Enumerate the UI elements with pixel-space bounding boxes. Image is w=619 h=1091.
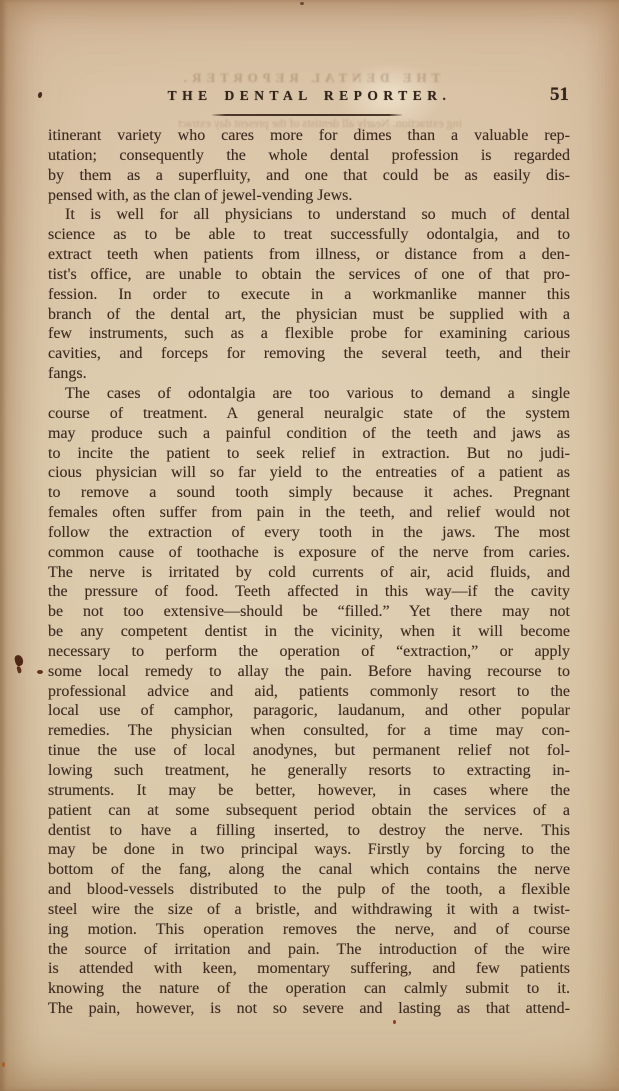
ink-blot — [300, 2, 304, 5]
text-line: steel wire the size of a bristle, and wi… — [48, 900, 570, 920]
text-line: and blood-vessels distributed to the pul… — [48, 880, 570, 900]
text-line: The pain, however, is not so severe and … — [48, 999, 570, 1019]
text-line: follow the extraction of every tooth in … — [48, 523, 570, 543]
text-line: itinerant variety who cares more for dim… — [48, 126, 570, 146]
text-line: the source of irritation and pain. The i… — [48, 940, 570, 960]
text-line: to remove a sound tooth simply because i… — [48, 483, 570, 503]
text-line: pensed with, as the clan of jewel-vendin… — [48, 186, 570, 206]
text-line: knowing the nature of the operation can … — [48, 979, 570, 999]
text-line: course of treatment. A general neuralgic… — [48, 404, 570, 424]
text-line: branch of the dental art, the physician … — [48, 305, 570, 325]
text-line: tinue the use of local anodynes, but per… — [48, 741, 570, 761]
text-line: ing motion. This operation removes the n… — [48, 920, 570, 940]
text-line: lowing such treatment, he generally reso… — [48, 761, 570, 781]
page-number: 51 — [550, 84, 569, 106]
text-line: by them as a superfluity, and one that c… — [48, 166, 570, 186]
running-head-title: THE DENTAL REPORTER. — [0, 88, 619, 104]
text-line: common cause of toothache is exposure of… — [48, 543, 570, 563]
text-line: necessary to perform the operation of “e… — [48, 642, 570, 662]
text-line: some local remedy to allay the pain. Bef… — [48, 662, 570, 682]
ink-blot — [37, 670, 43, 674]
text-line: dentist to have a filling inserted, to d… — [48, 821, 570, 841]
ink-blot — [2, 1062, 5, 1067]
text-line: may be done in two principal ways. First… — [48, 840, 570, 860]
text-line: local use of camphor, paragoric, laudanu… — [48, 701, 570, 721]
ink-blot — [393, 1020, 396, 1024]
scanned-book-page: THE DENTAL REPORTER. THE DENTAL REPORTER… — [0, 0, 619, 1091]
text-line: science as to be able to treat successfu… — [48, 225, 570, 245]
text-line: fession. In order to execute in a workma… — [48, 285, 570, 305]
text-line: professional advice and aid, patients co… — [48, 682, 570, 702]
body-text: itinerant variety who cares more for dim… — [48, 126, 570, 1019]
text-line: It is well for all physicians to underst… — [48, 205, 570, 225]
text-line: utation; consequently the whole dental p… — [48, 146, 570, 166]
text-line: the pressure of food. Teeth affected in … — [48, 582, 570, 602]
text-line: remedies. The physician when consulted, … — [48, 721, 570, 741]
text-line: be not too extensive—should be “filled.”… — [48, 602, 570, 622]
text-line: few instruments, such as a flexible prob… — [48, 324, 570, 344]
showthrough-ghost-title: THE DENTAL REPORTER. — [0, 70, 619, 86]
text-line: be any competent dentist in the vicinity… — [48, 622, 570, 642]
text-line: The cases of odontalgia are too various … — [48, 384, 570, 404]
text-line: is attended with keen, momentary sufferi… — [48, 959, 570, 979]
text-line: cious physician will so far yield to the… — [48, 463, 570, 483]
text-line: patient can at some subsequent period ob… — [48, 801, 570, 821]
text-line: cavities, and forceps for removing the s… — [48, 344, 570, 364]
text-line: may produce such a painful condition of … — [48, 424, 570, 444]
text-line: The nerve is irritated by cold currents … — [48, 563, 570, 583]
text-line: extract teeth when patients from illness… — [48, 245, 570, 265]
text-line: bottom of the fang, along the canal whic… — [48, 860, 570, 880]
text-line: to incite the patient to seek relief in … — [48, 444, 570, 464]
text-line: fangs. — [48, 364, 570, 384]
text-line: females often suffer from pain in the te… — [48, 503, 570, 523]
text-line: tist's office, are unable to obtain the … — [48, 265, 570, 285]
ink-blot — [14, 654, 24, 667]
text-line: struments. It may be better, however, in… — [48, 781, 570, 801]
